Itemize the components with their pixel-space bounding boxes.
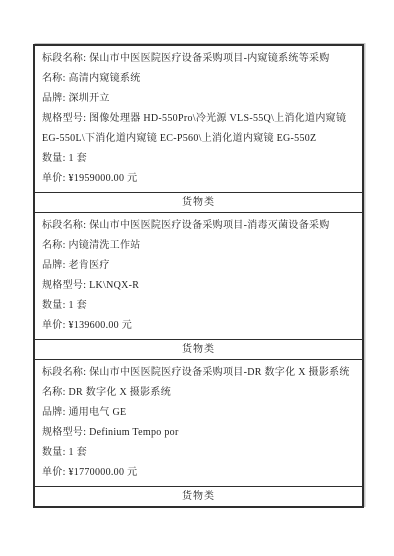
field-brand: 品牌: 通用电气 GE <box>42 403 355 423</box>
category-row: 货物类 <box>35 340 362 360</box>
field-bid-section-name: 标段名称: 保山市中医医院医疗设备采购项目-消毒灭菌设备采购 <box>42 216 355 236</box>
field-quantity: 数量: 1 套 <box>42 149 355 169</box>
category-label: 货物类 <box>182 197 215 208</box>
field-spec-model: 规格型号: Definium Tempo por <box>42 423 355 443</box>
category-label: 货物类 <box>182 491 215 502</box>
item-block-disinfection: 标段名称: 保山市中医医院医疗设备采购项目-消毒灭菌设备采购 名称: 内镜清洗工… <box>35 213 362 340</box>
field-item-name: 名称: 高清内窥镜系统 <box>42 69 355 89</box>
field-quantity: 数量: 1 套 <box>42 443 355 463</box>
item-block-endoscope: 标段名称: 保山市中医医院医疗设备采购项目-内窥镜系统等采购 名称: 高清内窥镜… <box>35 46 362 193</box>
field-item-name: 名称: 内镜清洗工作站 <box>42 236 355 256</box>
field-brand: 品牌: 老肯医疗 <box>42 256 355 276</box>
field-spec-model: 规格型号: LK\NQX-R <box>42 276 355 296</box>
field-item-name: 名称: DR 数字化 X 摄影系统 <box>42 383 355 403</box>
item-block-dr-xray: 标段名称: 保山市中医医院医疗设备采购项目-DR 数字化 X 摄影系统 名称: … <box>35 360 362 487</box>
field-quantity: 数量: 1 套 <box>42 296 355 316</box>
field-unit-price: 单价: ¥1770000.00 元 <box>42 463 355 483</box>
field-bid-section-name: 标段名称: 保山市中医医院医疗设备采购项目-DR 数字化 X 摄影系统 <box>42 363 355 383</box>
field-bid-section-name: 标段名称: 保山市中医医院医疗设备采购项目-内窥镜系统等采购 <box>42 49 355 69</box>
category-row: 货物类 <box>35 487 362 506</box>
document-page: 标段名称: 保山市中医医院医疗设备采购项目-内窥镜系统等采购 名称: 高清内窥镜… <box>0 0 394 556</box>
field-brand: 品牌: 深圳开立 <box>42 89 355 109</box>
field-spec-model: 规格型号: 图像处理器 HD-550Pro\冷光源 VLS-55Q\上消化道内窥… <box>42 109 355 149</box>
field-unit-price: 单价: ¥139600.00 元 <box>42 316 355 336</box>
category-row: 货物类 <box>35 193 362 213</box>
category-label: 货物类 <box>182 344 215 355</box>
field-unit-price: 单价: ¥1959000.00 元 <box>42 169 355 189</box>
procurement-items-table: 标段名称: 保山市中医医院医疗设备采购项目-内窥镜系统等采购 名称: 高清内窥镜… <box>33 44 364 508</box>
